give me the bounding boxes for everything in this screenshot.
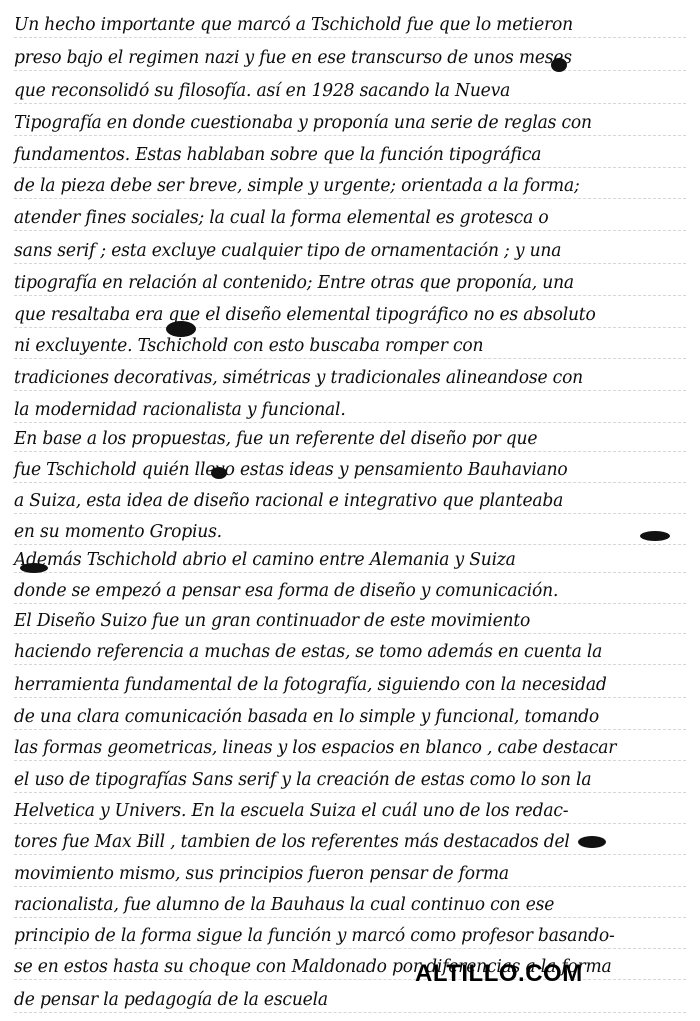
text-line: El Diseño Suizo fue un gran continuador … (14, 606, 679, 636)
text-line: Además Tschichold abrio el camino entre … (14, 545, 679, 575)
text-line: Un hecho importante que marcó a Tschicho… (14, 10, 679, 40)
text-line: el uso de tipografías Sans serif y la cr… (14, 765, 679, 795)
text-line: fue Tschichold quién llevo estas ideas y… (14, 455, 679, 485)
text-line: a Suiza, esta idea de diseño racional e … (14, 486, 679, 516)
text-line: que reconsolidó su filosofía. así en 192… (14, 76, 679, 106)
handwritten-page: Un hecho importante que marcó a Tschicho… (0, 0, 700, 1021)
crossed-out-word-line19 (20, 563, 48, 573)
text-line: de pensar la pedagogía de la escuela (14, 985, 679, 1015)
text-line: tradiciones decorativas, simétricas y tr… (14, 363, 679, 393)
crossed-out-word-line11 (166, 321, 196, 337)
text-line: ni excluyente. Tschichold con esto busca… (14, 331, 679, 361)
text-line: la modernidad racionalista y funcional. (14, 395, 679, 425)
crossed-out-word-line28 (578, 836, 606, 848)
crossed-out-word-line2 (551, 58, 567, 72)
text-line: Helvetica y Univers. En la escuela Suiza… (14, 796, 679, 826)
crossed-out-word-line16 (211, 467, 227, 479)
text-line: atender fines sociales; la cual la forma… (14, 203, 679, 233)
altillo-watermark: ALTILLO.COM (415, 960, 583, 988)
text-line: las formas geometricas, lineas y los esp… (14, 733, 679, 763)
text-line: fundamentos. Estas hablaban sobre que la… (14, 140, 679, 170)
text-line: preso bajo el regimen nazi y fue en ese … (14, 43, 679, 73)
text-line: herramienta fundamental de la fotografía… (14, 670, 679, 700)
text-line: de la pieza debe ser breve, simple y urg… (14, 171, 679, 201)
text-line: En base a los propuestas, fue un referen… (14, 424, 679, 454)
crossed-out-word-line18 (640, 531, 670, 541)
text-line: de una clara comunicación basada en lo s… (14, 702, 679, 732)
text-line: que resaltaba era que el diseño elementa… (14, 300, 679, 330)
text-line: movimiento mismo, sus principios fueron … (14, 859, 679, 889)
text-line: principio de la forma sigue la función y… (14, 921, 679, 951)
text-line: racionalista, fue alumno de la Bauhaus l… (14, 890, 679, 920)
text-line: tipografía en relación al contenido; Ent… (14, 268, 679, 298)
text-line: sans serif ; esta excluye cualquier tipo… (14, 236, 679, 266)
text-line: donde se empezó a pensar esa forma de di… (14, 576, 679, 606)
text-line: en su momento Gropius. (14, 517, 679, 547)
text-line: Tipografía en donde cuestionaba y propon… (14, 108, 679, 138)
text-line: haciendo referencia a muchas de estas, s… (14, 637, 679, 667)
